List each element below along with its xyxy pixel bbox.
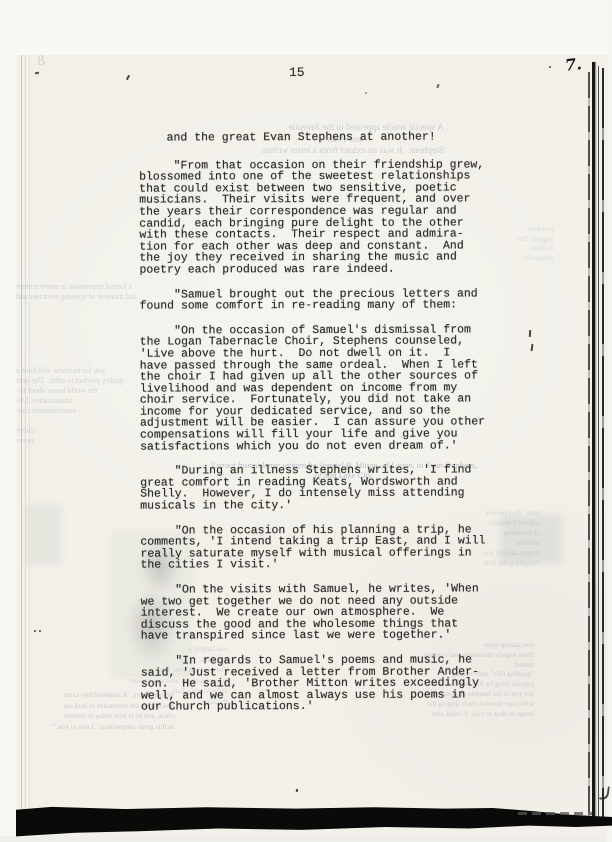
paragraph: "On the visits with Samuel, he writes, '… <box>141 583 493 642</box>
bleedthrough-text-left-mid: you for business will have a quality pro… <box>16 366 138 446</box>
binding-edge-line <box>602 68 604 820</box>
ink-speck <box>365 92 367 94</box>
continuation-line: and the great Evan Stephens at another! <box>139 131 491 144</box>
paragraph: "Samuel brought out the precious letters… <box>140 288 492 312</box>
typed-text-column: and the great Evan Stephens at another! … <box>139 131 493 726</box>
handwritten-page-mark: 7. <box>564 54 583 75</box>
scan-margin-left <box>0 0 17 842</box>
scan-margin-bottom <box>0 836 612 842</box>
binding-edge-line <box>598 66 599 818</box>
ink-speck <box>549 66 551 68</box>
binding-edge-line <box>592 62 595 818</box>
ink-speck <box>34 630 36 632</box>
bleedthrough-smudge <box>26 505 62 565</box>
page-number: 15 <box>289 65 305 80</box>
ink-speck <box>39 630 41 632</box>
paragraph: "During an illness Stephens writes, 'I f… <box>140 465 492 513</box>
paragraph: "On the occasion of his planning a trip,… <box>140 524 492 572</box>
binding-edge-line <box>588 72 590 816</box>
faint-corner-mark: 8 <box>36 54 46 70</box>
bleedthrough-text-left-upper: a formal impression in every texture and… <box>16 282 138 302</box>
scan-shadow-dashes <box>518 812 592 815</box>
ink-speck <box>203 585 205 587</box>
scanned-document-page: { "scan": { "page_number": "15", "handwr… <box>0 0 612 842</box>
paragraph: "In regards to Samuel's poems and music,… <box>141 654 493 713</box>
paragraph: "On the occasion of Samuel's dismissal f… <box>140 324 492 453</box>
paragraph: "From that occasion on their friendship … <box>139 159 491 276</box>
scan-margin-right <box>607 0 612 842</box>
scan-margin-top <box>0 0 612 55</box>
